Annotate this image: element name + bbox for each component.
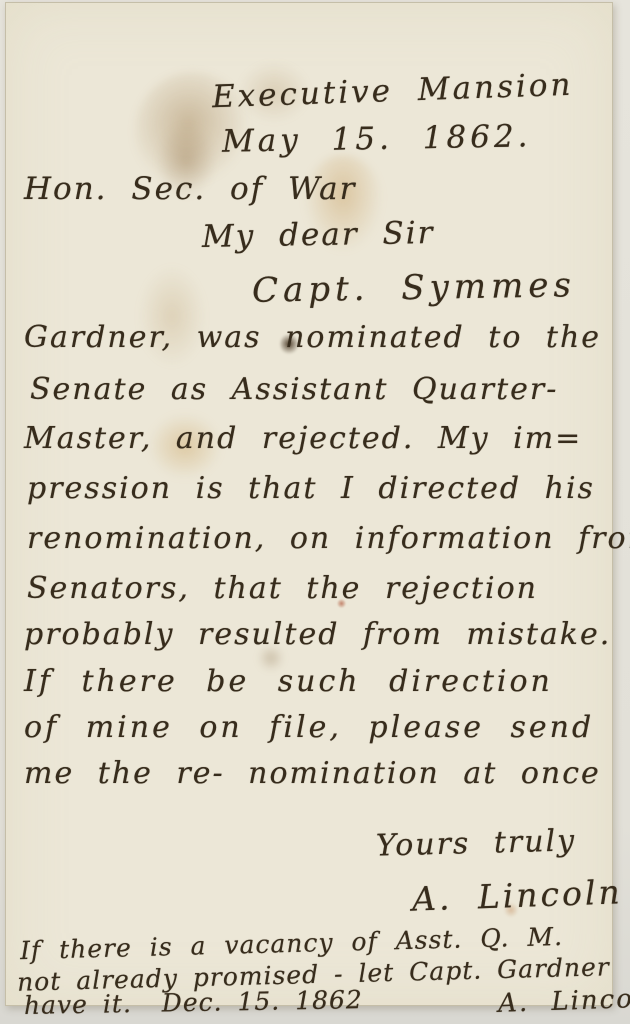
body-line: me the re- nomination at once [24, 759, 601, 789]
body-line: of mine on file, please send [24, 713, 594, 743]
body-line: Capt. Symmes [252, 268, 576, 308]
body-line: Master, and rejected. My im= [24, 424, 582, 454]
letter-photograph: Executive Mansion May 15. 1862. Hon. Sec… [0, 0, 630, 1024]
body-line: If there be such direction [24, 667, 553, 697]
body-line: Senators, that the rejection [27, 574, 538, 604]
body-line: Senate as Assistant Quarter- [30, 375, 558, 405]
valediction-line: Yours truly [376, 826, 577, 861]
salutation-line: My dear Sir [202, 218, 435, 253]
postscript-line: have it. Dec. 15. 1862 [24, 987, 363, 1018]
body-line: probably resulted from mistake. [24, 620, 611, 650]
body-line: pression is that I directed his [27, 474, 595, 504]
body-line: Gardner, was nominated to the [24, 323, 601, 353]
body-line: renomination, on information from [27, 524, 630, 554]
signature: A. Lincoln [411, 875, 623, 915]
recipient-line: Hon. Sec. of War [24, 174, 356, 205]
postscript-signature: A. Lincoln [498, 985, 630, 1017]
heading-date: May 15. 1862. [222, 121, 532, 157]
